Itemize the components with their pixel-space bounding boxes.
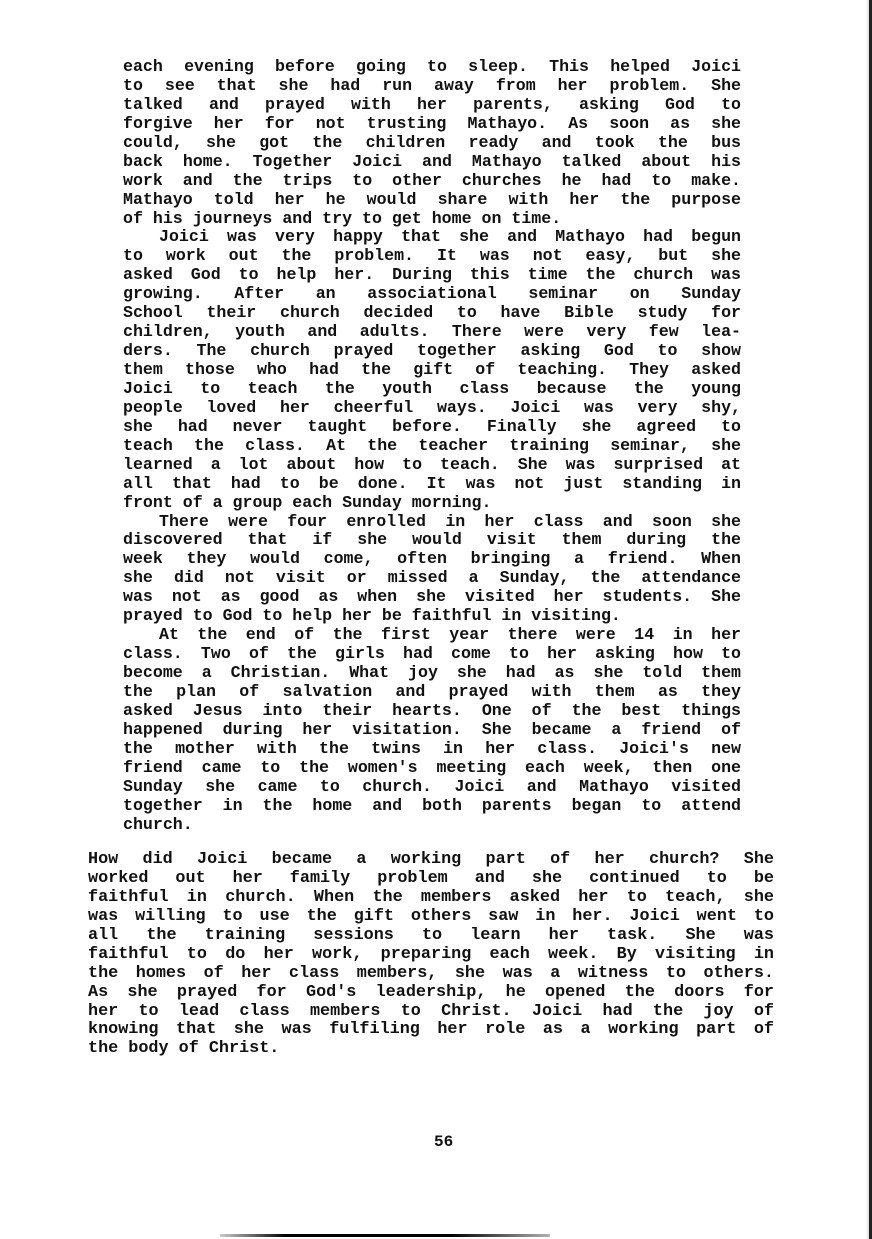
text-line: the body of Christ.: [88, 1040, 774, 1059]
text-line: her to lead class members to Christ. Joi…: [88, 1003, 774, 1022]
page-number: 56: [434, 1133, 453, 1151]
story-paragraph: At the end of the first year there were …: [123, 626, 741, 834]
text-line: knowing that she was fulfiling her role …: [88, 1021, 774, 1040]
text-line: to work out the problem. It was not easy…: [123, 247, 741, 266]
text-line: the homes of her class members, she was …: [88, 965, 774, 984]
text-line: Joici was very happy that she and Mathay…: [123, 228, 741, 247]
text-line: faithful to do her work, preparing each …: [88, 946, 774, 965]
text-line: There were four enrolled in her class an…: [123, 513, 741, 532]
text-line: become a Christian. What joy she had as …: [123, 664, 741, 683]
text-line: worked out her family problem and she co…: [88, 870, 774, 889]
text-line: teach the class. At the teacher training…: [123, 437, 741, 456]
text-line: School their church decided to have Bibl…: [123, 304, 741, 323]
story-body: each evening before going to sleep. This…: [123, 58, 741, 834]
text-line: prayed to God to help her be faithful in…: [123, 607, 741, 626]
text-line: Joici to teach the youth class because t…: [123, 380, 741, 399]
text-line: talked and prayed with her parents, aski…: [123, 96, 741, 115]
text-line: each evening before going to sleep. This…: [123, 58, 741, 77]
text-line: learned a lot about how to teach. She wa…: [123, 456, 741, 475]
story-paragraph: There were four enrolled in her class an…: [123, 513, 741, 627]
text-line: asked God to help her. During this time …: [123, 266, 741, 285]
text-line: work and the trips to other churches he …: [123, 172, 741, 191]
text-line: was willing to use the gift others saw i…: [88, 908, 774, 927]
text-line: As she prayed for God's leadership, he o…: [88, 984, 774, 1003]
text-line: the plan of salvation and prayed with th…: [123, 683, 741, 702]
text-line: ders. The church prayed together asking …: [123, 342, 741, 361]
text-line: forgive her for not trusting Mathayo. As…: [123, 115, 741, 134]
text-line: front of a group each Sunday morning.: [123, 494, 741, 513]
text-line: people loved her cheerful ways. Joici wa…: [123, 399, 741, 418]
text-line: she had never taught before. Finally she…: [123, 418, 741, 437]
text-line: At the end of the first year there were …: [123, 626, 741, 645]
text-line: all that had to be done. It was not just…: [123, 475, 741, 494]
text-line: friend came to the women's meeting each …: [123, 759, 741, 778]
text-line: could, she got the children ready and to…: [123, 134, 741, 153]
text-line: happened during her visitation. She beca…: [123, 721, 741, 740]
text-line: faithful in church. When the members ask…: [88, 889, 774, 908]
text-line: How did Joici became a working part of h…: [88, 851, 774, 870]
text-line: all the training sessions to learn her t…: [88, 927, 774, 946]
text-line: growing. After an associational seminar …: [123, 285, 741, 304]
text-line: together in the home and both parents be…: [123, 797, 741, 816]
text-line: them those who had the gift of teaching.…: [123, 361, 741, 380]
text-line: children, youth and adults. There were v…: [123, 323, 741, 342]
text-line: the mother with the twins in her class. …: [123, 740, 741, 759]
story-paragraph: Joici was very happy that she and Mathay…: [123, 228, 741, 512]
text-line: to see that she had run away from her pr…: [123, 77, 741, 96]
text-line: week they would come, often bringing a f…: [123, 550, 741, 569]
text-line: church.: [123, 816, 741, 835]
text-line: Mathayo told her he would share with her…: [123, 191, 741, 210]
text-line: she did not visit or missed a Sunday, th…: [123, 569, 741, 588]
text-line: back home. Together Joici and Mathayo ta…: [123, 153, 741, 172]
text-line: was not as good as when she visited her …: [123, 588, 741, 607]
text-line: class. Two of the girls had come to her …: [123, 645, 741, 664]
text-line: of his journeys and try to get home on t…: [123, 210, 741, 229]
bottom-scan-rule: [220, 1234, 550, 1237]
text-line: Sunday she came to church. Joici and Mat…: [123, 778, 741, 797]
text-line: discovered that if she would visit them …: [123, 531, 741, 550]
text-line: asked Jesus into their hearts. One of th…: [123, 702, 741, 721]
summary-paragraph: How did Joici became a working part of h…: [88, 851, 774, 1059]
story-paragraph: each evening before going to sleep. This…: [123, 58, 741, 228]
